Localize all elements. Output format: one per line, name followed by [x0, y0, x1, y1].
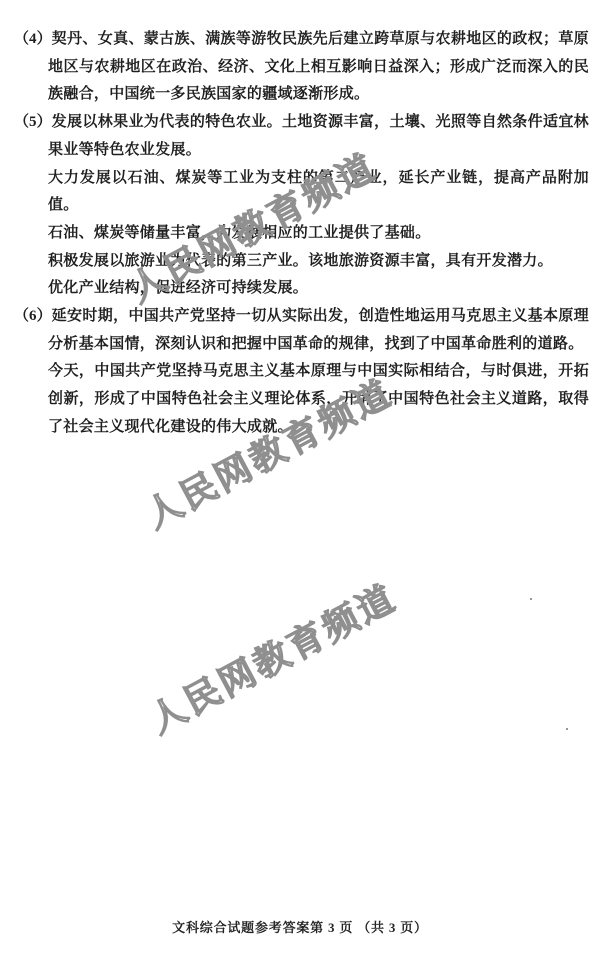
answer-text: 发展以林果业为代表的特色农业。土地资源丰富，土壤、光照等自然条件适宜林果业等特色… [48, 114, 589, 158]
scan-speck [566, 728, 568, 730]
answer-paragraph-5-item: 优化产业结构，促进经济可持续发展。 [48, 275, 589, 303]
answer-text: 积极发展以旅游业为代表的第三产业。该地旅游资源丰富，具有开发潜力。 [48, 253, 553, 269]
page-footer: 文科综合试题参考答案第 3 页 （共 3 页） [0, 917, 600, 936]
answer-text: 大力发展以石油、煤炭等工业为支柱的第二产业，延长产业链，提高产品附加值。 [48, 170, 589, 214]
answer-text: 优化产业结构，促进经济可持续发展。 [48, 280, 308, 296]
watermark-people-net-education: 人民网教育频道 [139, 570, 404, 743]
answer-text: 今天，中国共产党坚持马克思主义基本原理与中国实际相结合，与时俱进，开拓创新，形成… [48, 363, 589, 434]
answer-text: 延安时期，中国共产党坚持一切从实际出发，创造性地运用马克思主义基本原理分析基本国… [48, 308, 589, 352]
answer-paragraph-5-item: 大力发展以石油、煤炭等工业为支柱的第二产业，延长产业链，提高产品附加值。 [48, 165, 589, 220]
answer-label: （6） [14, 308, 52, 324]
answer-paragraph-6: （6）延安时期，中国共产党坚持一切从实际出发，创造性地运用马克思主义基本原理分析… [48, 303, 589, 358]
answer-paragraph-4: （4）契丹、女真、蒙古族、满族等游牧民族先后建立跨草原与农耕地区的政权；草原地区… [48, 26, 589, 109]
answer-text: 石油、煤炭等储量丰富，为发展相应的工业提供了基础。 [48, 225, 431, 241]
answer-paragraph-5-item: 积极发展以旅游业为代表的第三产业。该地旅游资源丰富，具有开发潜力。 [48, 248, 589, 276]
document-page: （4）契丹、女真、蒙古族、满族等游牧民族先后建立跨草原与农耕地区的政权；草原地区… [0, 0, 600, 956]
scan-speck [530, 598, 532, 600]
answer-label: （4） [14, 31, 52, 47]
answers-content: （4）契丹、女真、蒙古族、满族等游牧民族先后建立跨草原与农耕地区的政权；草原地区… [0, 26, 600, 442]
answer-paragraph-6-item: 今天，中国共产党坚持马克思主义基本原理与中国实际相结合，与时俱进，开拓创新，形成… [48, 358, 589, 441]
answer-paragraph-5: （5）发展以林果业为代表的特色农业。土地资源丰富，土壤、光照等自然条件适宜林果业… [48, 109, 589, 164]
answer-paragraph-5-item: 石油、煤炭等储量丰富，为发展相应的工业提供了基础。 [48, 220, 589, 248]
answer-label: （5） [14, 114, 52, 130]
answer-text: 契丹、女真、蒙古族、满族等游牧民族先后建立跨草原与农耕地区的政权；草原地区与农耕… [48, 31, 589, 102]
